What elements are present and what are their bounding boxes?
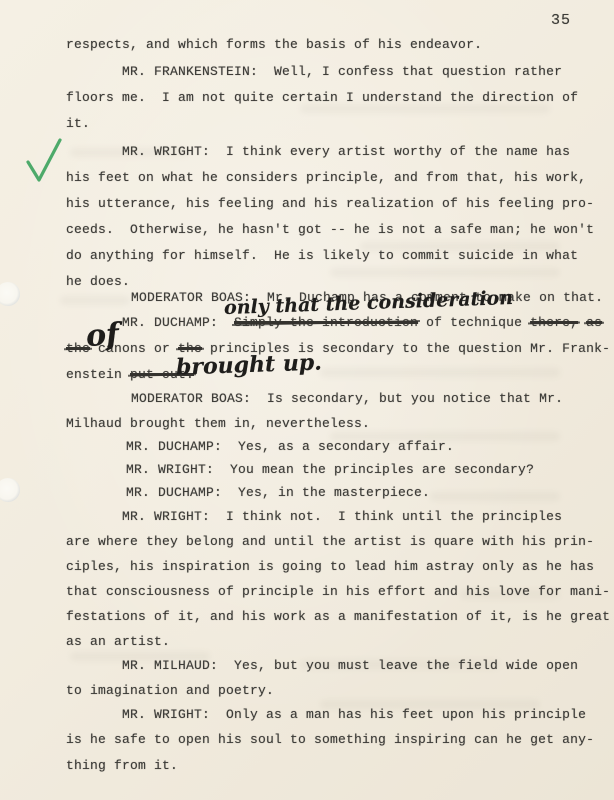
handwritten-annotation: only that the consideration	[224, 287, 514, 319]
document-page: 35 respects, and which forms the basis o…	[0, 0, 614, 800]
handwritten-annotation: brought up.	[176, 349, 323, 380]
handwritten-annotation: of	[85, 317, 120, 354]
handwriting-layer: only that the considerationofbrought up.	[0, 0, 614, 800]
